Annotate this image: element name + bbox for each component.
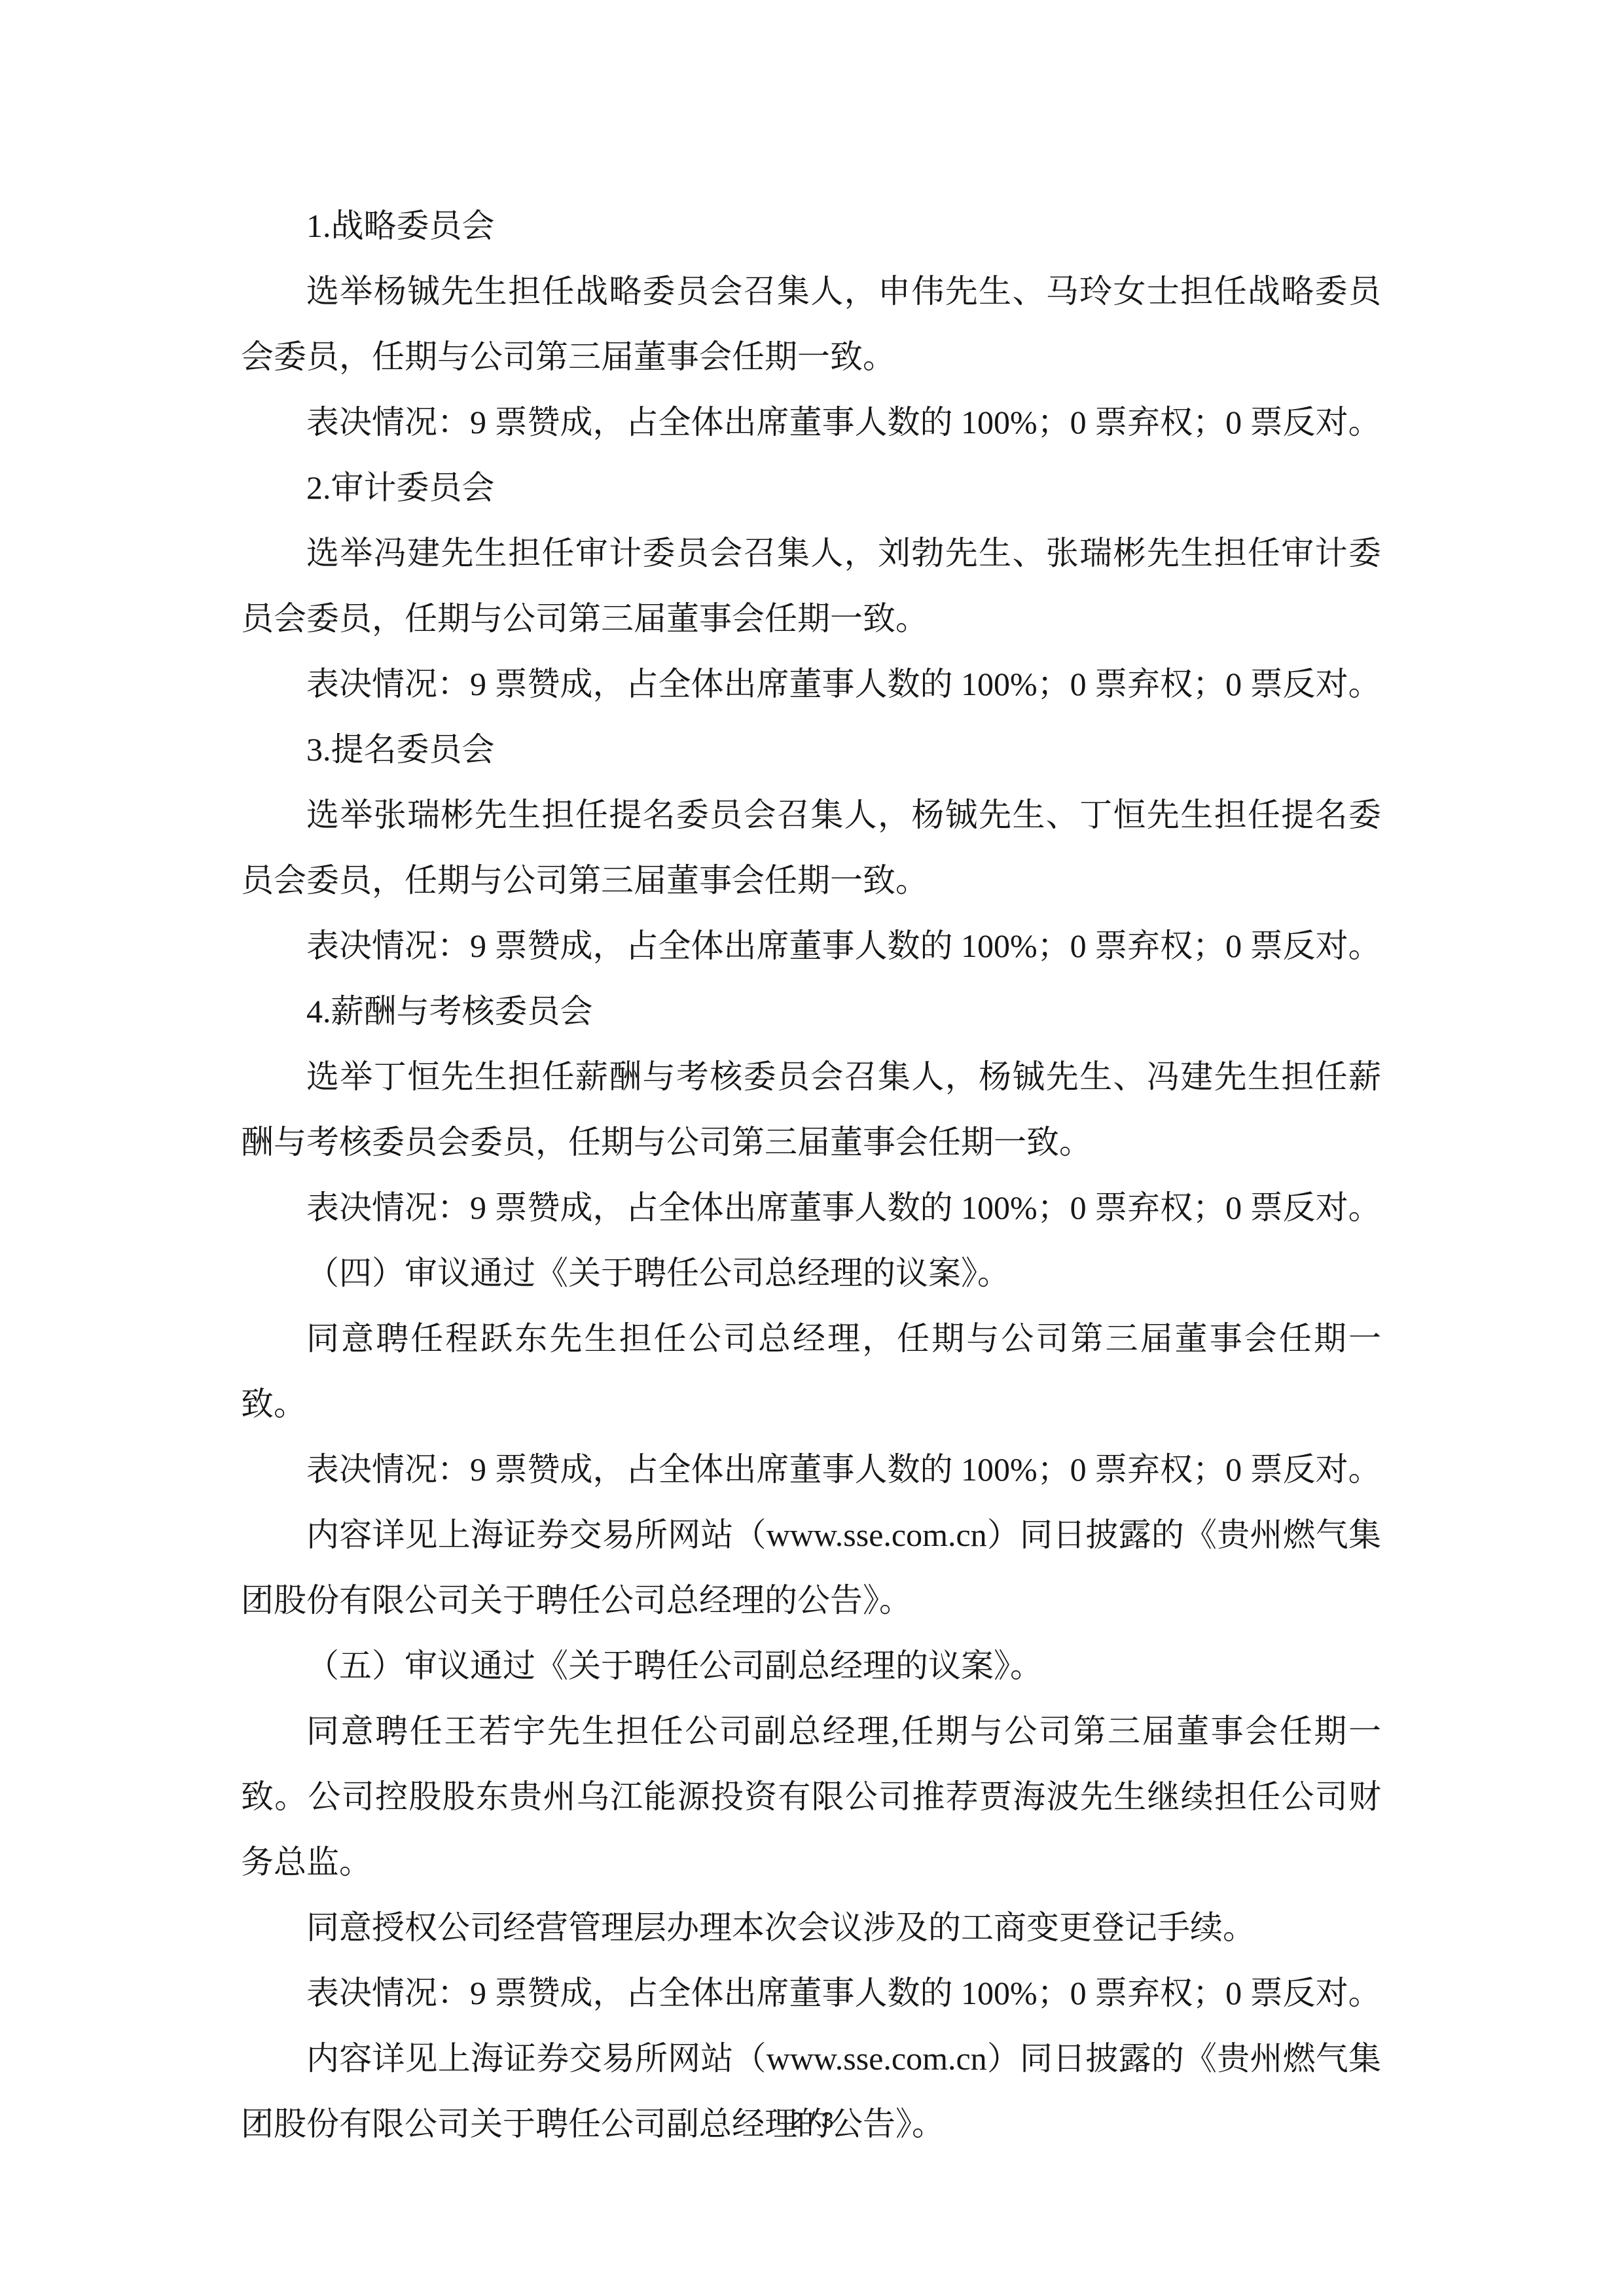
paragraph: 选举张瑞彬先生担任提名委员会召集人，杨铖先生、丁恒先生担任提名委员会委员，任期与… (241, 782, 1381, 913)
paragraph: 2.审计委员会 (241, 455, 1381, 520)
paragraph: 表决情况：9 票赞成，占全体出席董事人数的 100%；0 票弃权；0 票反对。 (241, 1960, 1381, 2026)
paragraph: （四）审议通过《关于聘任公司总经理的议案》。 (241, 1240, 1381, 1306)
page-number: 2 / 3 (790, 2108, 833, 2133)
paragraph: 表决情况：9 票赞成，占全体出席董事人数的 100%；0 票弃权；0 票反对。 (241, 651, 1381, 717)
paragraph: 选举丁恒先生担任薪酬与考核委员会召集人，杨铖先生、冯建先生担任薪酬与考核委员会委… (241, 1044, 1381, 1175)
document-page: 1.战略委员会选举杨铖先生担任战略委员会召集人，申伟先生、马玲女士担任战略委员会… (0, 0, 1624, 2296)
paragraph: 同意授权公司经营管理层办理本次会议涉及的工商变更登记手续。 (241, 1895, 1381, 1960)
paragraph: 选举杨铖先生担任战略委员会召集人，申伟先生、马玲女士担任战略委员会委员，任期与公… (241, 259, 1381, 389)
paragraph: 表决情况：9 票赞成，占全体出席董事人数的 100%；0 票弃权；0 票反对。 (241, 1175, 1381, 1240)
paragraph: 表决情况：9 票赞成，占全体出席董事人数的 100%；0 票弃权；0 票反对。 (241, 389, 1381, 455)
paragraph: 内容详见上海证券交易所网站（www.sse.com.cn）同日披露的《贵州燃气集… (241, 2026, 1381, 2157)
paragraph: 同意聘任程跃东先生担任公司总经理，任期与公司第三届董事会任期一致。 (241, 1306, 1381, 1437)
document-body: 1.战略委员会选举杨铖先生担任战略委员会召集人，申伟先生、马玲女士担任战略委员会… (241, 193, 1381, 2157)
paragraph: 同意聘任王若宇先生担任公司副总经理,任期与公司第三届董事会任期一致。公司控股股东… (241, 1698, 1381, 1895)
paragraph: 表决情况：9 票赞成，占全体出席董事人数的 100%；0 票弃权；0 票反对。 (241, 1437, 1381, 1502)
paragraph: 表决情况：9 票赞成，占全体出席董事人数的 100%；0 票弃权；0 票反对。 (241, 913, 1381, 978)
paragraph: （五）审议通过《关于聘任公司副总经理的议案》。 (241, 1633, 1381, 1698)
paragraph: 内容详见上海证券交易所网站（www.sse.com.cn）同日披露的《贵州燃气集… (241, 1502, 1381, 1633)
paragraph: 选举冯建先生担任审计委员会召集人，刘勃先生、张瑞彬先生担任审计委员会委员，任期与… (241, 520, 1381, 651)
page-footer: 2 / 3 (0, 2106, 1624, 2135)
paragraph: 3.提名委员会 (241, 717, 1381, 782)
paragraph: 4.薪酬与考核委员会 (241, 978, 1381, 1044)
paragraph: 1.战略委员会 (241, 193, 1381, 259)
